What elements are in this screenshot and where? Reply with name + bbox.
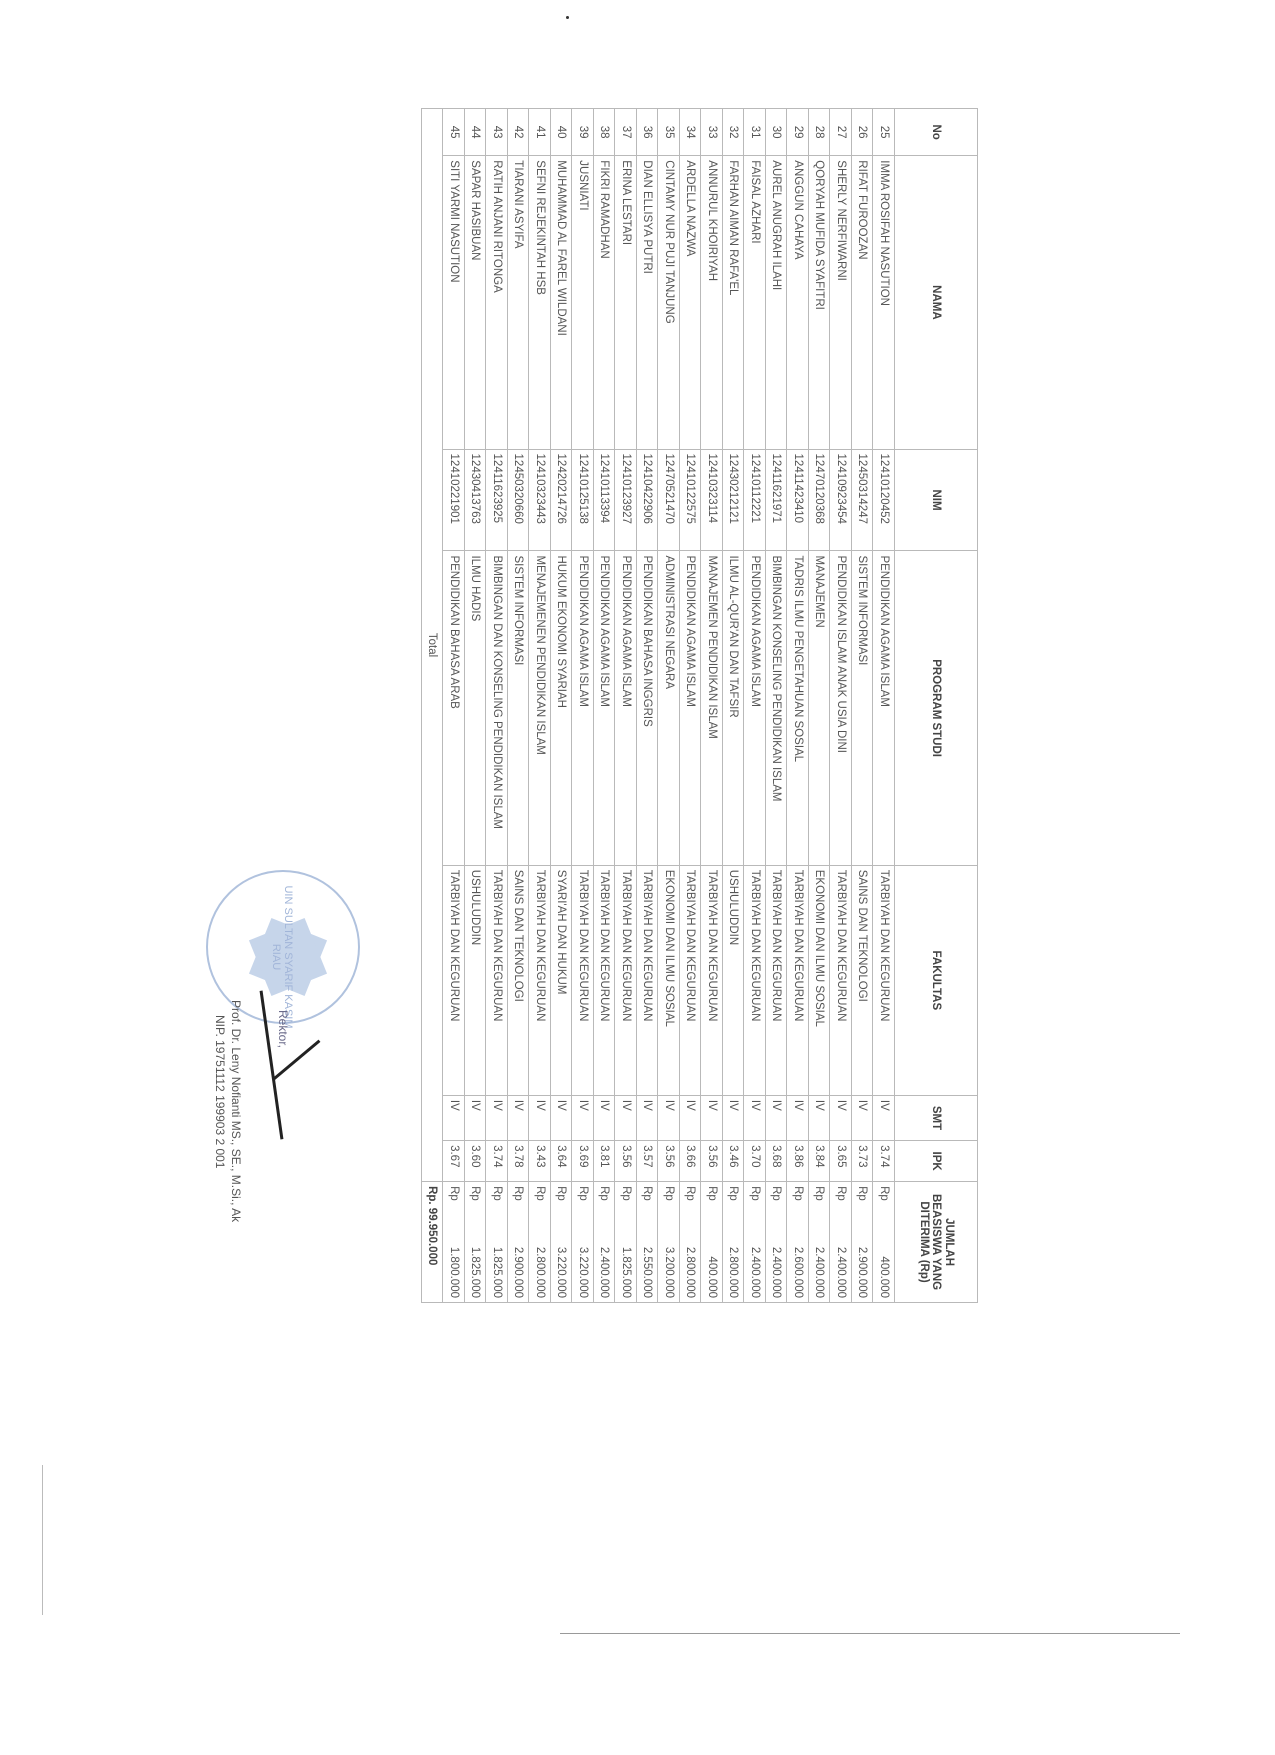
cell-amount: Rp400.000 <box>873 1182 895 1303</box>
cell-nim: 12470120368 <box>809 449 831 551</box>
amount-value: 1.825.000 <box>469 1247 481 1298</box>
cell-nim: 12410113394 <box>594 449 616 551</box>
cell-prodi: ADMINISTRASI NEGARA <box>658 551 680 865</box>
cell-nim: 12410123927 <box>615 449 637 551</box>
cell-no: 28 <box>809 109 831 156</box>
table-row: 35CINTAMY NUR PUJI TANJUNG12470521470ADM… <box>658 109 680 1303</box>
cell-nama: AUREL ANUGRAH ILAHI <box>766 156 788 449</box>
amount-value: 2.400.000 <box>770 1247 782 1298</box>
amount-value: 3.200.000 <box>663 1247 675 1298</box>
cell-amount: Rp1.825.000 <box>615 1182 637 1303</box>
header-nama: NAMA <box>895 156 978 449</box>
table-row: 29ANGGUN CAHAYA12411423410TADRIS ILMU PE… <box>787 109 809 1303</box>
table-row: 32FARHAN AIMAN RAFA'EL12430212121ILMU AL… <box>723 109 745 1303</box>
table-row: 45SITI YARMI NASUTION12410221901PENDIDIK… <box>443 109 465 1303</box>
cell-nama: FAISAL AZHARI <box>744 156 766 449</box>
cell-prodi: PENDIDIKAN AGAMA ISLAM <box>572 551 594 865</box>
signer-nip: NIP. 19751112 199903 2 001 <box>213 1015 227 1168</box>
cell-ipk: 3.46 <box>723 1141 745 1182</box>
cell-nama: RIFAT FUROOZAN <box>852 156 874 449</box>
cell-prodi: ILMU AL-QUR'AN DAN TAFSIR <box>723 551 745 865</box>
cell-no: 41 <box>529 109 551 156</box>
cell-ipk: 3.56 <box>701 1141 723 1182</box>
cell-nama: IMMA ROSIFAH NASUTION <box>873 156 895 449</box>
cell-ipk: 3.84 <box>809 1141 831 1182</box>
cell-amount: Rp2.800.000 <box>680 1182 702 1303</box>
cell-nama: FIKRI RAMADHAN <box>594 156 616 449</box>
cell-nama: ERINA LESTARI <box>615 156 637 449</box>
cell-prodi: HUKUM EKONOMI SYARIAH <box>551 551 573 865</box>
cell-prodi: PENDIDIKAN AGAMA ISLAM <box>873 551 895 865</box>
cell-nama: SHERLY NERFIWARNI <box>830 156 852 449</box>
cell-ipk: 3.56 <box>658 1141 680 1182</box>
cell-smt: IV <box>852 1095 874 1140</box>
cell-nim: 12430212121 <box>723 449 745 551</box>
cell-fakultas: TARBIYAH DAN KEGURUAN <box>486 865 508 1095</box>
cell-no: 39 <box>572 109 594 156</box>
cell-prodi: PENDIDIKAN BAHASA ARAB <box>443 551 465 865</box>
currency-label: Rp <box>448 1186 460 1201</box>
cell-no: 44 <box>465 109 487 156</box>
table-row: 30AUREL ANUGRAH ILAHI12411621971BIMBINGA… <box>766 109 788 1303</box>
cell-fakultas: EKONOMI DAN ILMU SOSIAL <box>658 865 680 1095</box>
cell-prodi: PENDIDIKAN ISLAM ANAK USIA DINI <box>830 551 852 865</box>
currency-label: Rp <box>770 1186 782 1201</box>
amount-value: 2.900.000 <box>512 1247 524 1298</box>
rotated-sheet: No NAMA NIM PROGRAM STUDI FAKULTAS SMT I… <box>348 108 978 1303</box>
cell-nim: 12450320660 <box>508 449 530 551</box>
cell-nim: 12410112221 <box>744 449 766 551</box>
amount-value: 2.400.000 <box>813 1247 825 1298</box>
table-row: 39JUSNIATI12410125138PENDIDIKAN AGAMA IS… <box>572 109 594 1303</box>
header-nim: NIM <box>895 449 978 551</box>
cell-nim: 12450314247 <box>852 449 874 551</box>
cell-amount: Rp400.000 <box>701 1182 723 1303</box>
cell-no: 45 <box>443 109 465 156</box>
table-row: 38FIKRI RAMADHAN12410113394PENDIDIKAN AG… <box>594 109 616 1303</box>
cell-no: 37 <box>615 109 637 156</box>
cell-prodi: BIMBINGAN DAN KONSELING PENDIDIKAN ISLAM <box>486 551 508 865</box>
header-fakultas: FAKULTAS <box>895 865 978 1095</box>
table-body: 25IMMA ROSIFAH NASUTION12410120452PENDID… <box>443 109 895 1303</box>
cell-amount: Rp2.800.000 <box>529 1182 551 1303</box>
cell-smt: IV <box>443 1095 465 1140</box>
cell-fakultas: TARBIYAH DAN KEGURUAN <box>443 865 465 1095</box>
cell-ipk: 3.65 <box>830 1141 852 1182</box>
table-row: 36DIAN ELLISYA PUTRI12410422906PENDIDIKA… <box>637 109 659 1303</box>
cell-prodi: SISTEM INFORMASI <box>852 551 874 865</box>
signer-name: Prof. Dr. Leny Nofianti MS., SE., M.Si.,… <box>229 1000 243 1222</box>
cell-amount: Rp2.600.000 <box>787 1182 809 1303</box>
cell-nim: 12410120452 <box>873 449 895 551</box>
cell-amount: Rp2.400.000 <box>830 1182 852 1303</box>
cell-prodi: PENDIDIKAN AGAMA ISLAM <box>594 551 616 865</box>
cell-nama: TIARANI ASYIFA <box>508 156 530 449</box>
header-smt: SMT <box>895 1095 978 1140</box>
cell-ipk: 3.78 <box>508 1141 530 1182</box>
currency-label: Rp <box>641 1186 653 1201</box>
cell-no: 40 <box>551 109 573 156</box>
cell-amount: Rp2.550.000 <box>637 1182 659 1303</box>
cell-no: 34 <box>680 109 702 156</box>
cell-prodi: BIMBINGAN KONSELING PENDIDIKAN ISLAM <box>766 551 788 865</box>
table-row: 43RATIH ANJANI RITONGA12411623925BIMBING… <box>486 109 508 1303</box>
signer-role: Rektor, <box>276 1010 290 1048</box>
amount-value: 3.220.000 <box>577 1247 589 1298</box>
cell-ipk: 3.69 <box>572 1141 594 1182</box>
cell-prodi: ILMU HADIS <box>465 551 487 865</box>
cell-nim: 12410923454 <box>830 449 852 551</box>
amount-value: 2.800.000 <box>727 1247 739 1298</box>
currency-label: Rp <box>878 1186 890 1201</box>
cell-nama: JUSNIATI <box>572 156 594 449</box>
cell-fakultas: SAINS DAN TEKNOLOGI <box>852 865 874 1095</box>
cell-fakultas: TARBIYAH DAN KEGURUAN <box>680 865 702 1095</box>
cell-ipk: 3.73 <box>852 1141 874 1182</box>
cell-no: 31 <box>744 109 766 156</box>
scan-speck <box>566 16 569 19</box>
signature-block: UIN SULTAN SYARIF KASIM RIAU Rektor, Pro… <box>188 840 368 1300</box>
total-value: Rp. 99.950.000 <box>422 1182 444 1303</box>
scholarship-table: No NAMA NIM PROGRAM STUDI FAKULTAS SMT I… <box>421 108 978 1303</box>
cell-amount: Rp1.825.000 <box>465 1182 487 1303</box>
cell-nama: RATIH ANJANI RITONGA <box>486 156 508 449</box>
amount-value: 2.600.000 <box>792 1247 804 1298</box>
cell-ipk: 3.64 <box>551 1141 573 1182</box>
cell-ipk: 3.74 <box>873 1141 895 1182</box>
currency-label: Rp <box>663 1186 675 1201</box>
cell-smt: IV <box>787 1095 809 1140</box>
cell-fakultas: TARBIYAH DAN KEGURUAN <box>529 865 551 1095</box>
cell-smt: IV <box>658 1095 680 1140</box>
cell-nim: 12410422906 <box>637 449 659 551</box>
cell-nim: 12411623925 <box>486 449 508 551</box>
cell-no: 29 <box>787 109 809 156</box>
cell-no: 26 <box>852 109 874 156</box>
header-no: No <box>895 109 978 156</box>
cell-prodi: MANAJEMEN <box>809 551 831 865</box>
cell-prodi: PENDIDIKAN AGAMA ISLAM <box>615 551 637 865</box>
currency-label: Rp <box>835 1186 847 1201</box>
cell-ipk: 3.57 <box>637 1141 659 1182</box>
cell-nama: CINTAMY NUR PUJI TANJUNG <box>658 156 680 449</box>
cell-nim: 12411423410 <box>787 449 809 551</box>
cell-no: 30 <box>766 109 788 156</box>
table-row: 33ANNURUL KHOIRIYAH12410323114MANAJEMEN … <box>701 109 723 1303</box>
cell-ipk: 3.81 <box>594 1141 616 1182</box>
amount-value: 3.220.000 <box>555 1247 567 1298</box>
cell-nim: 12420214726 <box>551 449 573 551</box>
cell-nim: 12410323114 <box>701 449 723 551</box>
cell-smt: IV <box>680 1095 702 1140</box>
cell-no: 33 <box>701 109 723 156</box>
amount-value: 2.550.000 <box>641 1247 653 1298</box>
cell-nama: ARDELLA NAZWA <box>680 156 702 449</box>
cell-nim: 12410122575 <box>680 449 702 551</box>
table-row: 25IMMA ROSIFAH NASUTION12410120452PENDID… <box>873 109 895 1303</box>
cell-nama: ANNURUL KHOIRIYAH <box>701 156 723 449</box>
cell-nim: 12430413763 <box>465 449 487 551</box>
cell-prodi: PENDIDIKAN AGAMA ISLAM <box>680 551 702 865</box>
amount-value: 2.900.000 <box>856 1247 868 1298</box>
cell-nim: 12470521470 <box>658 449 680 551</box>
cell-ipk: 3.67 <box>443 1141 465 1182</box>
cell-nama: QORYAH MUFIDA SYAFITRI <box>809 156 831 449</box>
cell-no: 25 <box>873 109 895 156</box>
cell-prodi: TADRIS ILMU PENGETAHUAN SOSIAL <box>787 551 809 865</box>
header-prodi: PROGRAM STUDI <box>895 551 978 865</box>
currency-label: Rp <box>727 1186 739 1201</box>
cell-smt: IV <box>637 1095 659 1140</box>
cell-amount: Rp3.220.000 <box>572 1182 594 1303</box>
cell-prodi: SISTEM INFORMASI <box>508 551 530 865</box>
amount-value: 2.400.000 <box>598 1247 610 1298</box>
cell-fakultas: USHULUDDIN <box>465 865 487 1095</box>
cell-amount: Rp3.200.000 <box>658 1182 680 1303</box>
cell-nama: FARHAN AIMAN RAFA'EL <box>723 156 745 449</box>
cell-smt: IV <box>594 1095 616 1140</box>
cell-amount: Rp2.900.000 <box>852 1182 874 1303</box>
cell-nama: SAPAR HASIBUAN <box>465 156 487 449</box>
cell-smt: IV <box>744 1095 766 1140</box>
table-row: 34ARDELLA NAZWA12410122575PENDIDIKAN AGA… <box>680 109 702 1303</box>
header-ipk: IPK <box>895 1141 978 1182</box>
cell-fakultas: TARBIYAH DAN KEGURUAN <box>701 865 723 1095</box>
cell-no: 27 <box>830 109 852 156</box>
header-amount: JUMLAH BEASISWA YANG DITERIMA (Rp) <box>895 1182 978 1303</box>
cell-prodi: PENDIDIKAN AGAMA ISLAM <box>744 551 766 865</box>
cell-no: 32 <box>723 109 745 156</box>
cell-ipk: 3.60 <box>465 1141 487 1182</box>
cell-smt: IV <box>615 1095 637 1140</box>
total-row: Total Rp. 99.950.000 <box>422 109 444 1303</box>
cell-smt: IV <box>701 1095 723 1140</box>
cell-amount: Rp2.400.000 <box>809 1182 831 1303</box>
cell-nama: MUHAMMAD AL FAREL WILDANI <box>551 156 573 449</box>
cell-nama: ANGGUN CAHAYA <box>787 156 809 449</box>
cell-ipk: 3.74 <box>486 1141 508 1182</box>
currency-label: Rp <box>491 1186 503 1201</box>
amount-value: 1.825.000 <box>620 1247 632 1298</box>
cell-fakultas: SAINS DAN TEKNOLOGI <box>508 865 530 1095</box>
cell-amount: Rp1.825.000 <box>486 1182 508 1303</box>
cell-prodi: PENDIDIKAN BAHASA INGGRIS <box>637 551 659 865</box>
currency-label: Rp <box>534 1186 546 1201</box>
cell-smt: IV <box>551 1095 573 1140</box>
amount-value: 2.400.000 <box>835 1247 847 1298</box>
cell-amount: Rp1.800.000 <box>443 1182 465 1303</box>
cell-no: 43 <box>486 109 508 156</box>
cell-nama: SEFNI REJEKINTAH HSB <box>529 156 551 449</box>
cell-smt: IV <box>508 1095 530 1140</box>
table-row: 41SEFNI REJEKINTAH HSB12410323443MENAJEM… <box>529 109 551 1303</box>
cell-amount: Rp2.400.000 <box>744 1182 766 1303</box>
cell-smt: IV <box>723 1095 745 1140</box>
cell-fakultas: TARBIYAH DAN KEGURUAN <box>830 865 852 1095</box>
cell-ipk: 3.43 <box>529 1141 551 1182</box>
currency-label: Rp <box>813 1186 825 1201</box>
cell-smt: IV <box>529 1095 551 1140</box>
cell-smt: IV <box>486 1095 508 1140</box>
table-row: 44SAPAR HASIBUAN12430413763ILMU HADISUSH… <box>465 109 487 1303</box>
amount-value: 2.800.000 <box>534 1247 546 1298</box>
cell-fakultas: TARBIYAH DAN KEGURUAN <box>787 865 809 1095</box>
amount-value: 1.800.000 <box>448 1247 460 1298</box>
cell-smt: IV <box>572 1095 594 1140</box>
cell-ipk: 3.86 <box>787 1141 809 1182</box>
currency-label: Rp <box>856 1186 868 1201</box>
cell-no: 42 <box>508 109 530 156</box>
table-row: 28QORYAH MUFIDA SYAFITRI12470120368MANAJ… <box>809 109 831 1303</box>
cell-smt: IV <box>873 1095 895 1140</box>
cell-ipk: 3.56 <box>615 1141 637 1182</box>
table-header-row: No NAMA NIM PROGRAM STUDI FAKULTAS SMT I… <box>895 109 978 1303</box>
currency-label: Rp <box>577 1186 589 1201</box>
currency-label: Rp <box>749 1186 761 1201</box>
cell-fakultas: TARBIYAH DAN KEGURUAN <box>766 865 788 1095</box>
cell-ipk: 3.70 <box>744 1141 766 1182</box>
currency-label: Rp <box>684 1186 696 1201</box>
currency-label: Rp <box>598 1186 610 1201</box>
cell-smt: IV <box>809 1095 831 1140</box>
table-row: 27SHERLY NERFIWARNI12410923454PENDIDIKAN… <box>830 109 852 1303</box>
cell-fakultas: EKONOMI DAN ILMU SOSIAL <box>809 865 831 1095</box>
cell-smt: IV <box>830 1095 852 1140</box>
cell-fakultas: TARBIYAH DAN KEGURUAN <box>572 865 594 1095</box>
cell-fakultas: USHULUDDIN <box>723 865 745 1095</box>
amount-value: 2.400.000 <box>749 1247 761 1298</box>
table-row: 42TIARANI ASYIFA12450320660SISTEM INFORM… <box>508 109 530 1303</box>
cell-amount: Rp2.900.000 <box>508 1182 530 1303</box>
cell-no: 38 <box>594 109 616 156</box>
cell-no: 35 <box>658 109 680 156</box>
cell-fakultas: TARBIYAH DAN KEGURUAN <box>873 865 895 1095</box>
cell-nim: 12410323443 <box>529 449 551 551</box>
cell-nim: 12410125138 <box>572 449 594 551</box>
table-row: 26RIFAT FUROOZAN12450314247SISTEM INFORM… <box>852 109 874 1303</box>
cell-fakultas: TARBIYAH DAN KEGURUAN <box>744 865 766 1095</box>
table-row: 31FAISAL AZHARI12410112221PENDIDIKAN AGA… <box>744 109 766 1303</box>
currency-label: Rp <box>706 1186 718 1201</box>
cell-nama: SITI YARMI NASUTION <box>443 156 465 449</box>
scan-edge-line <box>42 1465 43 1615</box>
currency-label: Rp <box>792 1186 804 1201</box>
currency-label: Rp <box>469 1186 481 1201</box>
cell-fakultas: TARBIYAH DAN KEGURUAN <box>637 865 659 1095</box>
amount-value: 400.000 <box>878 1256 890 1298</box>
total-label: Total <box>422 109 444 1182</box>
table-row: 37ERINA LESTARI12410123927PENDIDIKAN AGA… <box>615 109 637 1303</box>
table-row: 40MUHAMMAD AL FAREL WILDANI12420214726HU… <box>551 109 573 1303</box>
cell-prodi: MANAJEMEN PENDIDIKAN ISLAM <box>701 551 723 865</box>
cell-fakultas: TARBIYAH DAN KEGURUAN <box>594 865 616 1095</box>
cell-prodi: MENAJEMENEN PENDIDIKAN ISLAM <box>529 551 551 865</box>
cell-nim: 12410221901 <box>443 449 465 551</box>
cell-smt: IV <box>766 1095 788 1140</box>
cell-ipk: 3.66 <box>680 1141 702 1182</box>
currency-label: Rp <box>620 1186 632 1201</box>
amount-value: 1.825.000 <box>491 1247 503 1298</box>
cell-amount: Rp2.800.000 <box>723 1182 745 1303</box>
cell-fakultas: TARBIYAH DAN KEGURUAN <box>615 865 637 1095</box>
cell-smt: IV <box>465 1095 487 1140</box>
currency-label: Rp <box>512 1186 524 1201</box>
currency-label: Rp <box>555 1186 567 1201</box>
cell-amount: Rp2.400.000 <box>766 1182 788 1303</box>
scan-edge-line <box>560 1633 1180 1634</box>
cell-nim: 12411621971 <box>766 449 788 551</box>
cell-amount: Rp3.220.000 <box>551 1182 573 1303</box>
cell-fakultas: SYARI'AH DAN HUKUM <box>551 865 573 1095</box>
cell-amount: Rp2.400.000 <box>594 1182 616 1303</box>
amount-value: 400.000 <box>706 1256 718 1298</box>
amount-value: 2.800.000 <box>684 1247 696 1298</box>
cell-ipk: 3.68 <box>766 1141 788 1182</box>
cell-no: 36 <box>637 109 659 156</box>
cell-nama: DIAN ELLISYA PUTRI <box>637 156 659 449</box>
